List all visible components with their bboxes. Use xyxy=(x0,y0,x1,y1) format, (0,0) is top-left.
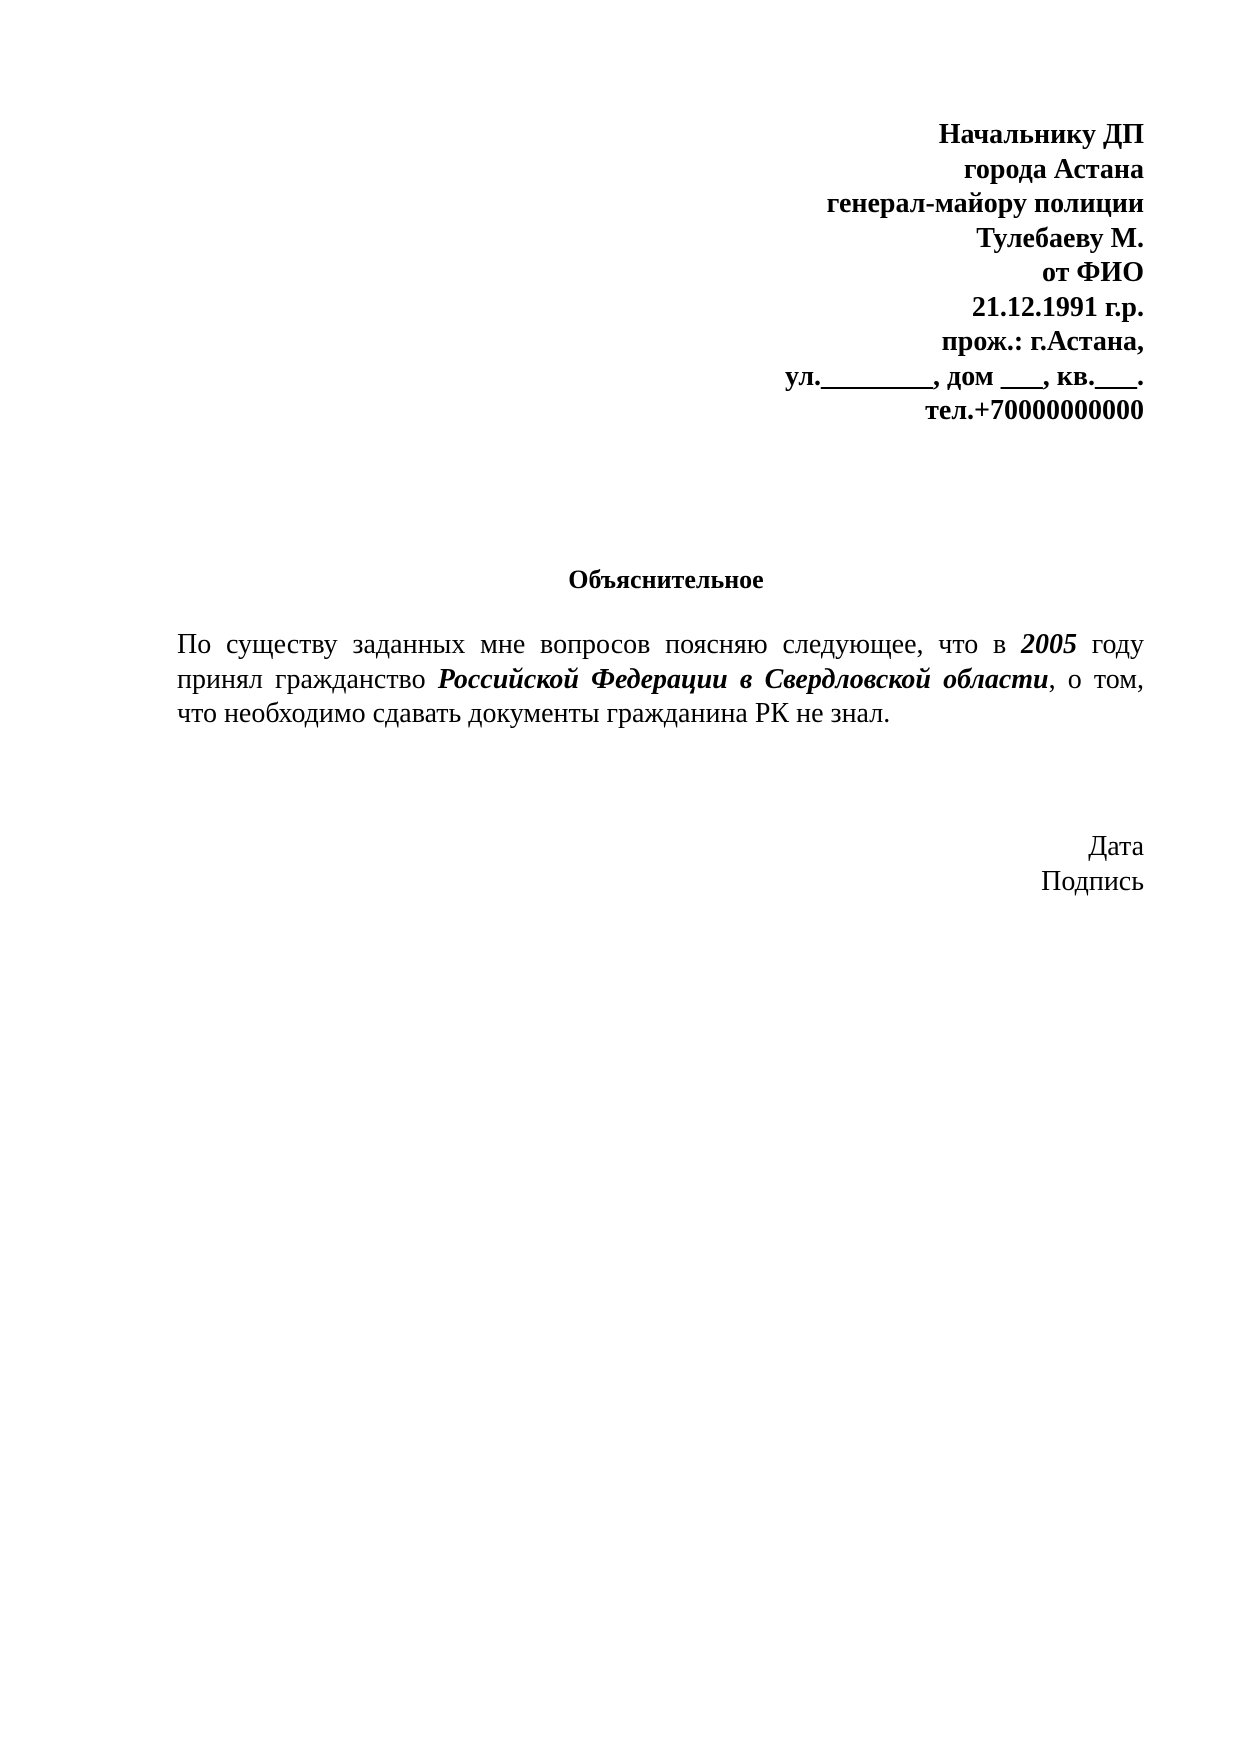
addressee-line: города Астана xyxy=(785,153,1144,188)
addressee-line: генерал-майору полиции xyxy=(785,187,1144,222)
signature-label: Подпись xyxy=(1041,865,1144,900)
country-emphasis: Российской Федерации в Свердловской обла… xyxy=(438,664,1049,695)
document-body: По существу заданных мне вопросов поясня… xyxy=(177,628,1144,732)
sender-line: от ФИО xyxy=(785,256,1144,291)
body-text: году xyxy=(1077,629,1144,660)
addressee-line: Начальнику ДП xyxy=(785,118,1144,153)
residence-line: прож.: г.Астана, xyxy=(785,325,1144,360)
addressee-block: Начальнику ДП города Астана генерал-майо… xyxy=(785,118,1144,429)
body-line-2: принял гражданство Российской Федерации … xyxy=(177,663,1144,698)
addressee-line: Тулебаеву М. xyxy=(785,222,1144,257)
body-text: По существу заданных мне вопросов поясня… xyxy=(177,629,1021,660)
date-label: Дата xyxy=(1041,830,1144,865)
body-line-1: По существу заданных мне вопросов поясня… xyxy=(177,628,1144,663)
body-line-3: что необходимо сдавать документы граждан… xyxy=(177,697,1144,732)
document-title: Объяснительное xyxy=(0,565,1241,595)
signature-block: Дата Подпись xyxy=(1041,830,1144,899)
body-text: принял гражданство xyxy=(177,664,438,695)
phone-line: тел.+70000000000 xyxy=(785,394,1144,429)
year-emphasis: 2005 xyxy=(1021,629,1077,660)
body-text: , о том, xyxy=(1049,664,1144,695)
address-line: ул.________, дом ___, кв.___. xyxy=(785,360,1144,395)
birthdate-line: 21.12.1991 г.р. xyxy=(785,291,1144,326)
